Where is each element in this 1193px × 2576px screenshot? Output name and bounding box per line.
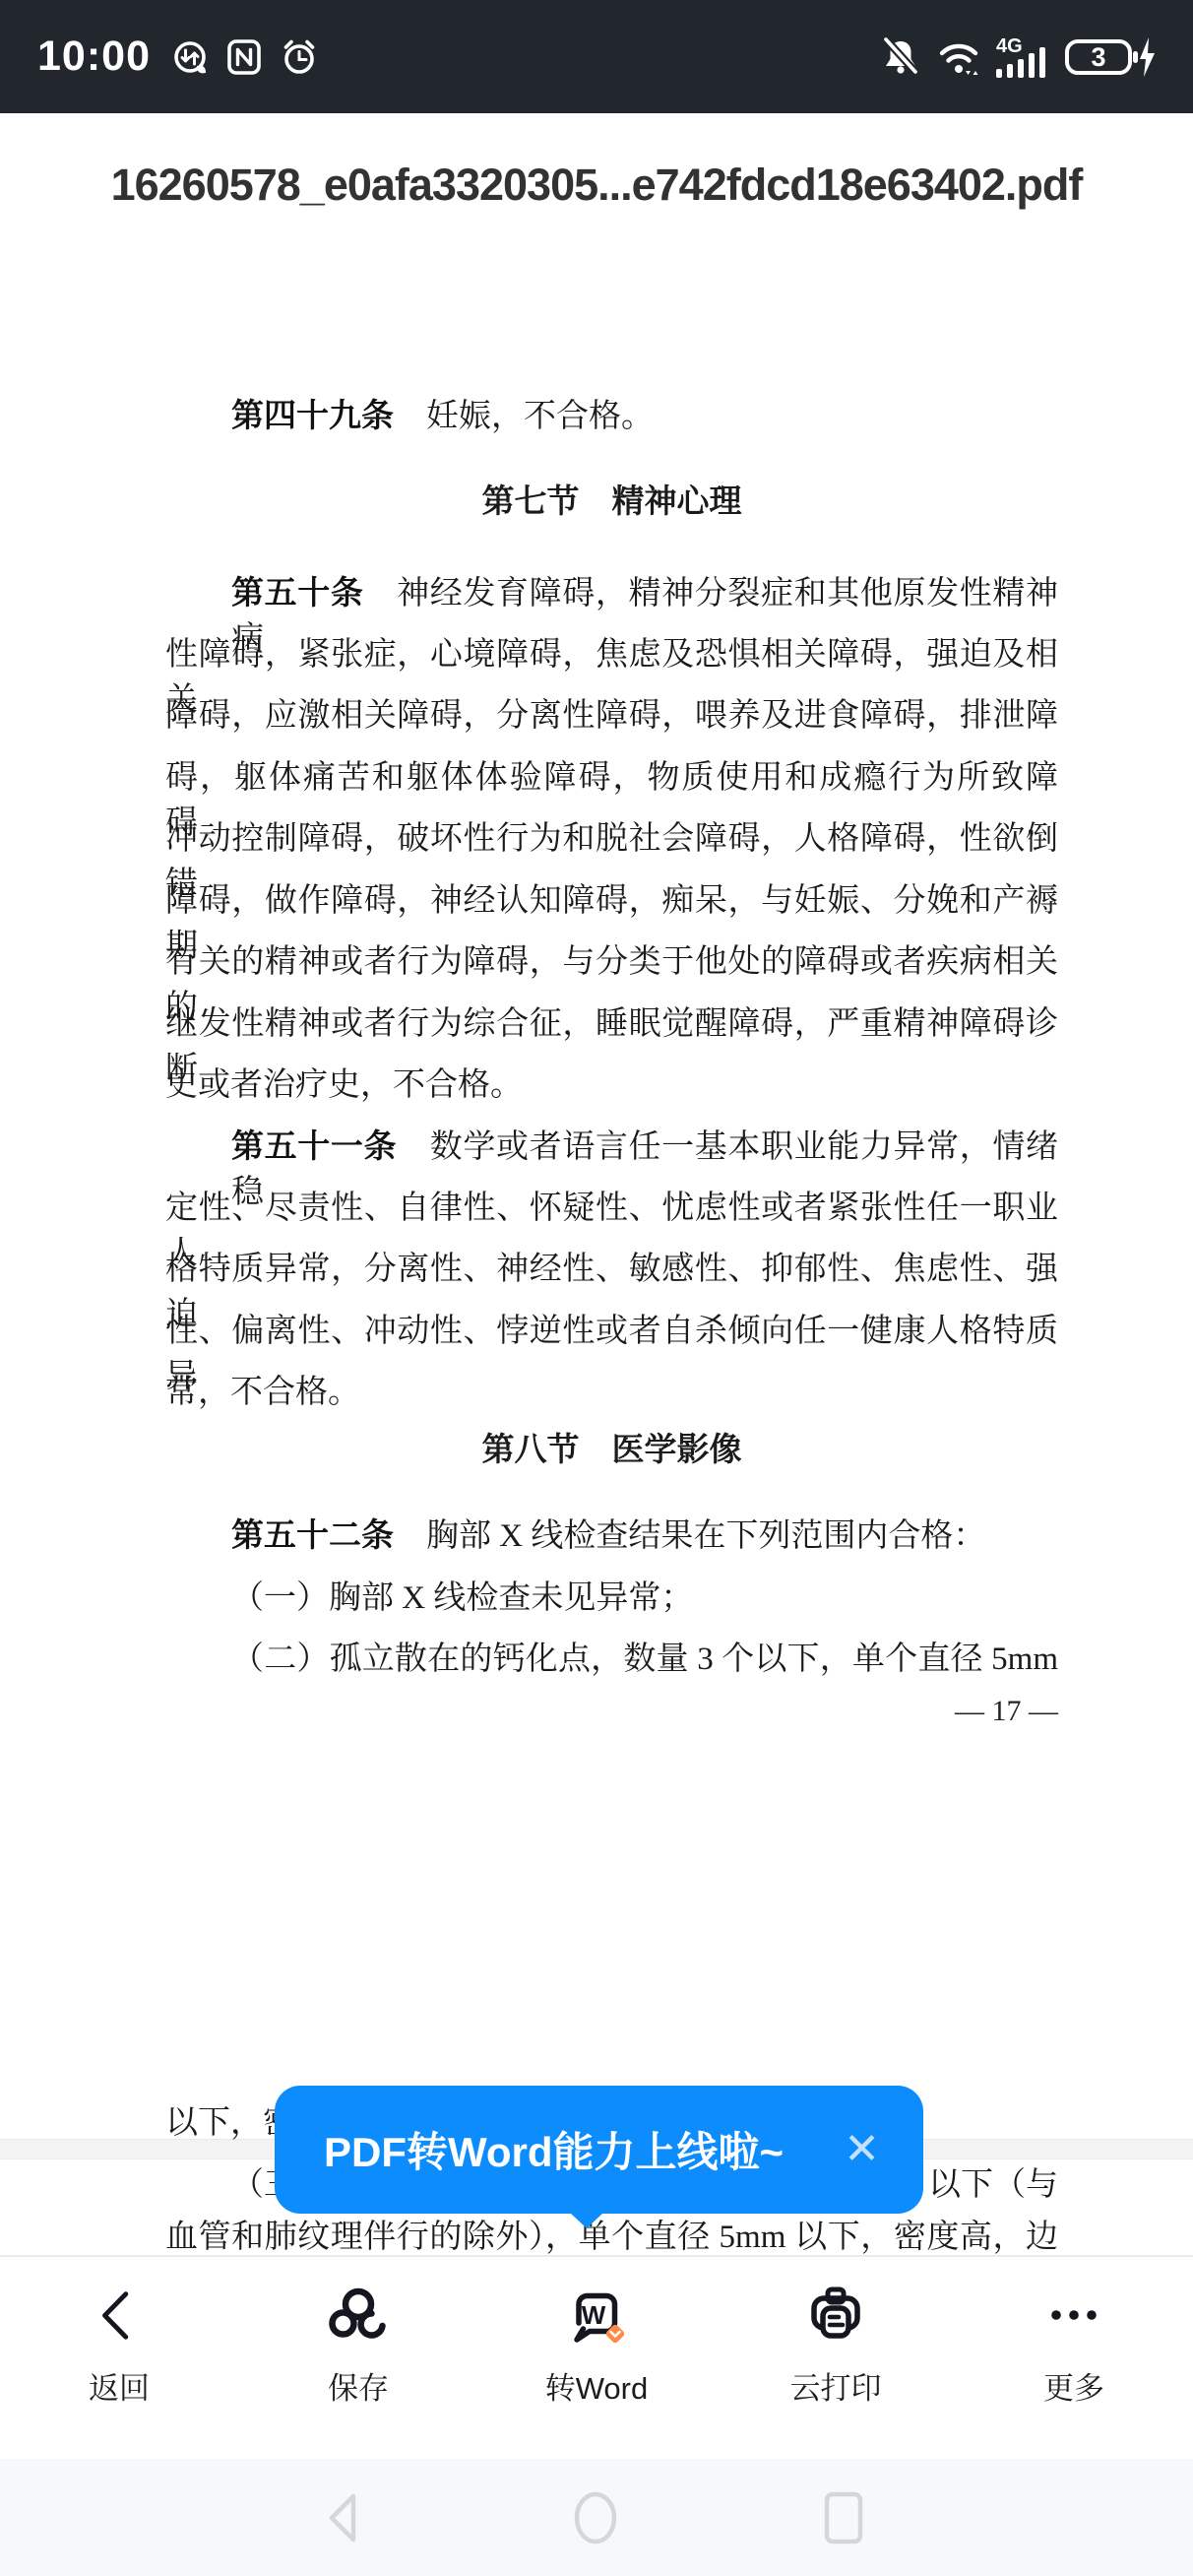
alarm-icon [278, 36, 321, 78]
more-dots-icon [980, 2281, 1167, 2350]
doc-line: 常，不合格。 [165, 1370, 1058, 1415]
doc-line: 第五十一条 数学或者语言任一基本职业能力异常，情绪稳 [165, 1124, 1058, 1169]
toolbar-label: 更多 [980, 2363, 1167, 2408]
signal-4g-icon: 4G [995, 35, 1052, 79]
save-button[interactable]: 保存 [265, 2281, 452, 2408]
nfc-icon [223, 36, 265, 78]
charging-icon [1140, 37, 1155, 77]
pdf-filename: 16260578_e0afa3320305...e742fdcd18e63402… [111, 160, 1083, 211]
doc-line: 血管和肺纹理伴行的除外），单个直径 5mm 以下，密度高，边 [165, 2215, 1058, 2260]
doc-line: 定性、尽责性、自律性、怀疑性、忧虑性或者紧张性任一职业人 [165, 1186, 1058, 1231]
back-button[interactable]: 返回 [26, 2281, 213, 2408]
convert-to-word-button[interactable]: W 转Word [503, 2281, 690, 2408]
pdf-to-word-toast[interactable]: PDF转Word能力上线啦~ ✕ [275, 2086, 923, 2214]
doc-line: 继发性精神或者行为综合征，睡眠觉醒障碍，严重精神障碍诊断 [165, 1001, 1058, 1047]
back-chevron-icon [26, 2281, 213, 2350]
toolbar-label: 云打印 [742, 2363, 929, 2408]
toolbar-label: 保存 [265, 2363, 452, 2408]
toolbar-label: 转Word [503, 2363, 690, 2408]
svg-text:W: W [582, 2300, 606, 2330]
title-bar: 16260578_e0afa3320305...e742fdcd18e63402… [0, 113, 1193, 256]
status-bar-right: 4G 3 [879, 35, 1156, 79]
wifi-icon [935, 35, 982, 79]
doc-line: 有关的精神或者行为障碍，与分类于他处的障碍或者疾病相关的 [165, 939, 1058, 985]
doc-line: 第四十九条 妊娠，不合格。 [165, 393, 1058, 438]
doc-line: 第五十二条 胸部 X 线检查结果在下列范围内合格： [165, 1513, 1058, 1558]
doc-line: 第五十条 神经发育障碍，精神分裂症和其他原发性精神病 [165, 570, 1058, 615]
network-type-label: 4G [996, 35, 1023, 57]
mute-icon [879, 35, 922, 79]
nav-recents-icon[interactable] [819, 2490, 868, 2545]
cloud-print-button[interactable]: 云打印 [742, 2281, 929, 2408]
page-number: — 17 — [165, 1689, 1058, 1734]
status-bar-left: 10:00 [37, 32, 321, 81]
doc-line: 性障碍，紧张症，心境障碍，焦虑及恐惧相关障碍，强迫及相关 [165, 632, 1058, 677]
doc-line: 史或者治疗史，不合格。 [165, 1063, 1058, 1108]
nav-home-icon[interactable] [571, 2490, 620, 2545]
doc-section-heading: 第八节 医学影像 [165, 1428, 1058, 1473]
doc-line: 性、偏离性、冲动性、悖逆性或者自杀倾向任一健康人格特质异 [165, 1309, 1058, 1354]
doc-line: 冲动控制障碍，破坏性行为和脱社会障碍，人格障碍，性欲倒错 [165, 816, 1058, 862]
phone-screen: 10:00 [0, 0, 1193, 2576]
word-doc-icon: W [503, 2281, 690, 2350]
doc-line: （一）胸部 X 线检查未见异常； [165, 1576, 1058, 1621]
doc-line: 障碍，应激相关障碍，分离性障碍，喂养及进食障碍，排泄障 [165, 693, 1058, 739]
bottom-toolbar: 返回 保存 W 转Word [0, 2255, 1193, 2459]
pdf-viewer[interactable]: 第四十九条 妊娠，不合格。 第七节 精神心理 第五十条 神经发育障碍，精神分裂症… [0, 256, 1193, 2255]
printer-icon [742, 2281, 929, 2350]
doc-line: 障碍，做作障碍，神经认知障碍，痴呆，与妊娠、分娩和产褥期 [165, 878, 1058, 924]
close-icon[interactable]: ✕ [824, 2128, 880, 2171]
more-button[interactable]: 更多 [980, 2281, 1167, 2408]
screen-time-icon [169, 36, 211, 78]
toolbar-label: 返回 [26, 2363, 213, 2408]
android-nav-bar [0, 2459, 1193, 2576]
gem-badge-icon [604, 2323, 625, 2344]
nav-back-icon[interactable] [323, 2492, 372, 2544]
status-time: 10:00 [37, 32, 151, 81]
battery-level: 3 [1091, 42, 1105, 72]
toast-pointer [570, 2213, 603, 2228]
battery-icon: 3 [1065, 35, 1156, 79]
status-bar: 10:00 [0, 0, 1193, 113]
doc-line: 碍，躯体痛苦和躯体体验障碍，物质使用和成瘾行为所致障碍， [165, 755, 1058, 801]
toast-message: PDF转Word能力上线啦~ [324, 2120, 784, 2179]
doc-line: 格特质异常，分离性、神经性、敏感性、抑郁性、焦虑性、强迫 [165, 1247, 1058, 1292]
doc-section-heading: 第七节 精神心理 [165, 480, 1058, 525]
cloud-save-icon [265, 2281, 452, 2350]
doc-line: （二）孤立散在的钙化点，数量 3 个以下，单个直径 5mm [165, 1637, 1058, 1682]
